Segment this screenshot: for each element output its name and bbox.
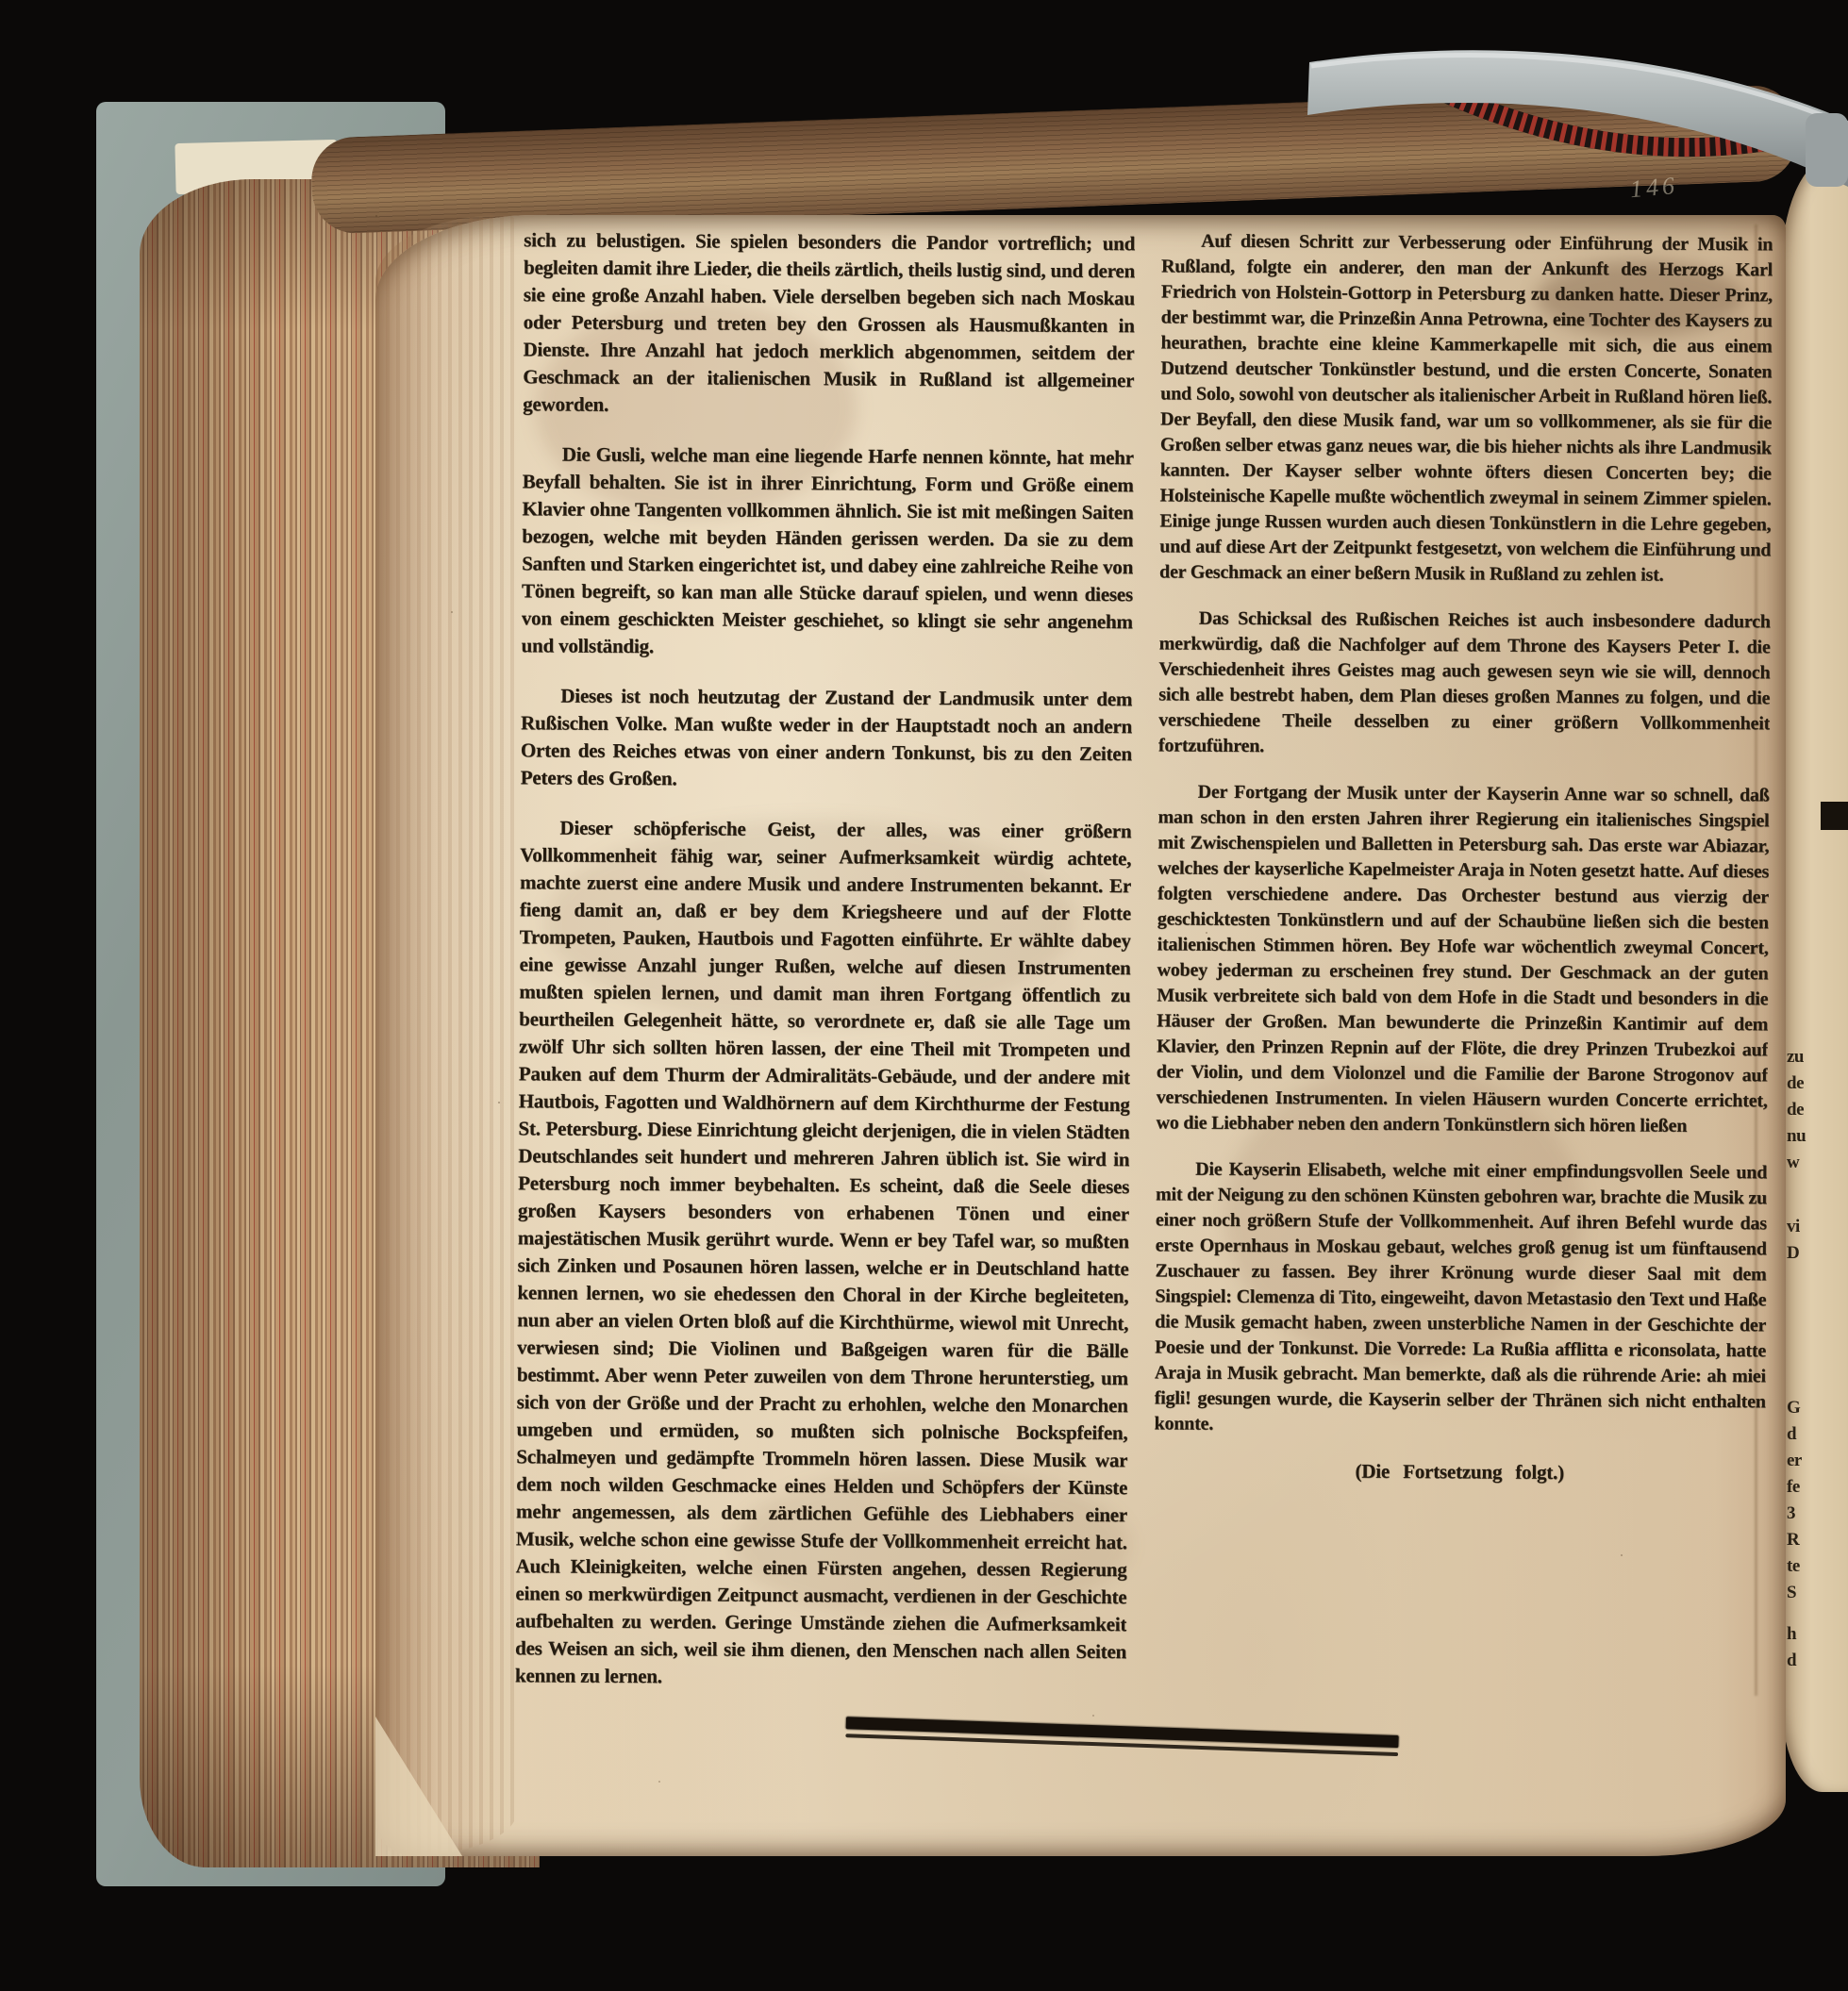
left-page: sich zu belustigen. Sie spielen besonder… [375,215,1786,1856]
next-page-rule-fragment [1821,802,1848,830]
paragraph: Die Kayserin Elisabeth, welche mit einer… [1154,1156,1767,1440]
holding-strap [1307,50,1848,187]
cut-off-text-fragment: 3 [1787,1503,1795,1524]
cut-off-text-fragment: nu [1787,1126,1806,1147]
next-page-edge: zudedenuwviDGderfe3RteShd [1781,158,1848,1792]
cut-off-text-fragment: te [1787,1556,1800,1577]
text-column-right: Auf diesen Schritt zur Verbesserung oder… [1152,228,1773,1779]
cut-off-text-fragment: d [1787,1651,1796,1671]
paragraph: Auf diesen Schritt zur Verbesserung oder… [1159,228,1773,589]
cut-off-text-fragment: D [1787,1243,1799,1264]
cut-off-text-fragment: R [1787,1530,1799,1551]
right-column-paragraphs: Auf diesen Schritt zur Verbesserung oder… [1154,228,1773,1440]
continuation-note: (Die Fortsetzung folgt.) [1154,1457,1765,1486]
paragraph: Dieses ist noch heutzutag der Zustand de… [521,682,1133,795]
cut-off-text-fragment: d [1787,1424,1796,1445]
paragraph: Der Fortgang der Musik unter der Kayseri… [1156,779,1769,1139]
paragraph: Die Gusli, welche man eine liegende Harf… [521,440,1133,663]
cut-off-text-fragment: S [1787,1583,1796,1603]
paragraph: Dieser schöpferische Geist, der alles, w… [515,814,1132,1693]
printed-text: sich zu belustigen. Sie spielen besonder… [366,214,1787,1864]
cut-off-text-fragment: zu [1787,1047,1804,1068]
cut-off-text-fragment: de [1787,1100,1804,1120]
cut-off-text-fragment: de [1787,1073,1804,1094]
paragraph: Das Schicksal des Rußischen Reiches ist … [1158,606,1771,762]
cut-off-text-fragment: vi [1787,1217,1800,1237]
scanned-book-page: zudedenuwviDGderfe3RteShd sich zu belust… [0,0,1848,1991]
cut-off-text-fragment: er [1787,1451,1802,1471]
cut-off-text-fragment: G [1787,1398,1800,1419]
paragraph: sich zu belustigen. Sie spielen besonder… [523,226,1135,422]
strap-end [1806,113,1848,187]
book-strap-and-endband [1255,0,1848,236]
cut-off-text-fragment: w [1787,1153,1799,1173]
cut-off-text-fragment: fe [1787,1477,1800,1498]
cut-off-text-fragment: h [1787,1624,1796,1645]
text-column-left: sich zu belustigen. Sie spielen besonder… [515,226,1136,1706]
